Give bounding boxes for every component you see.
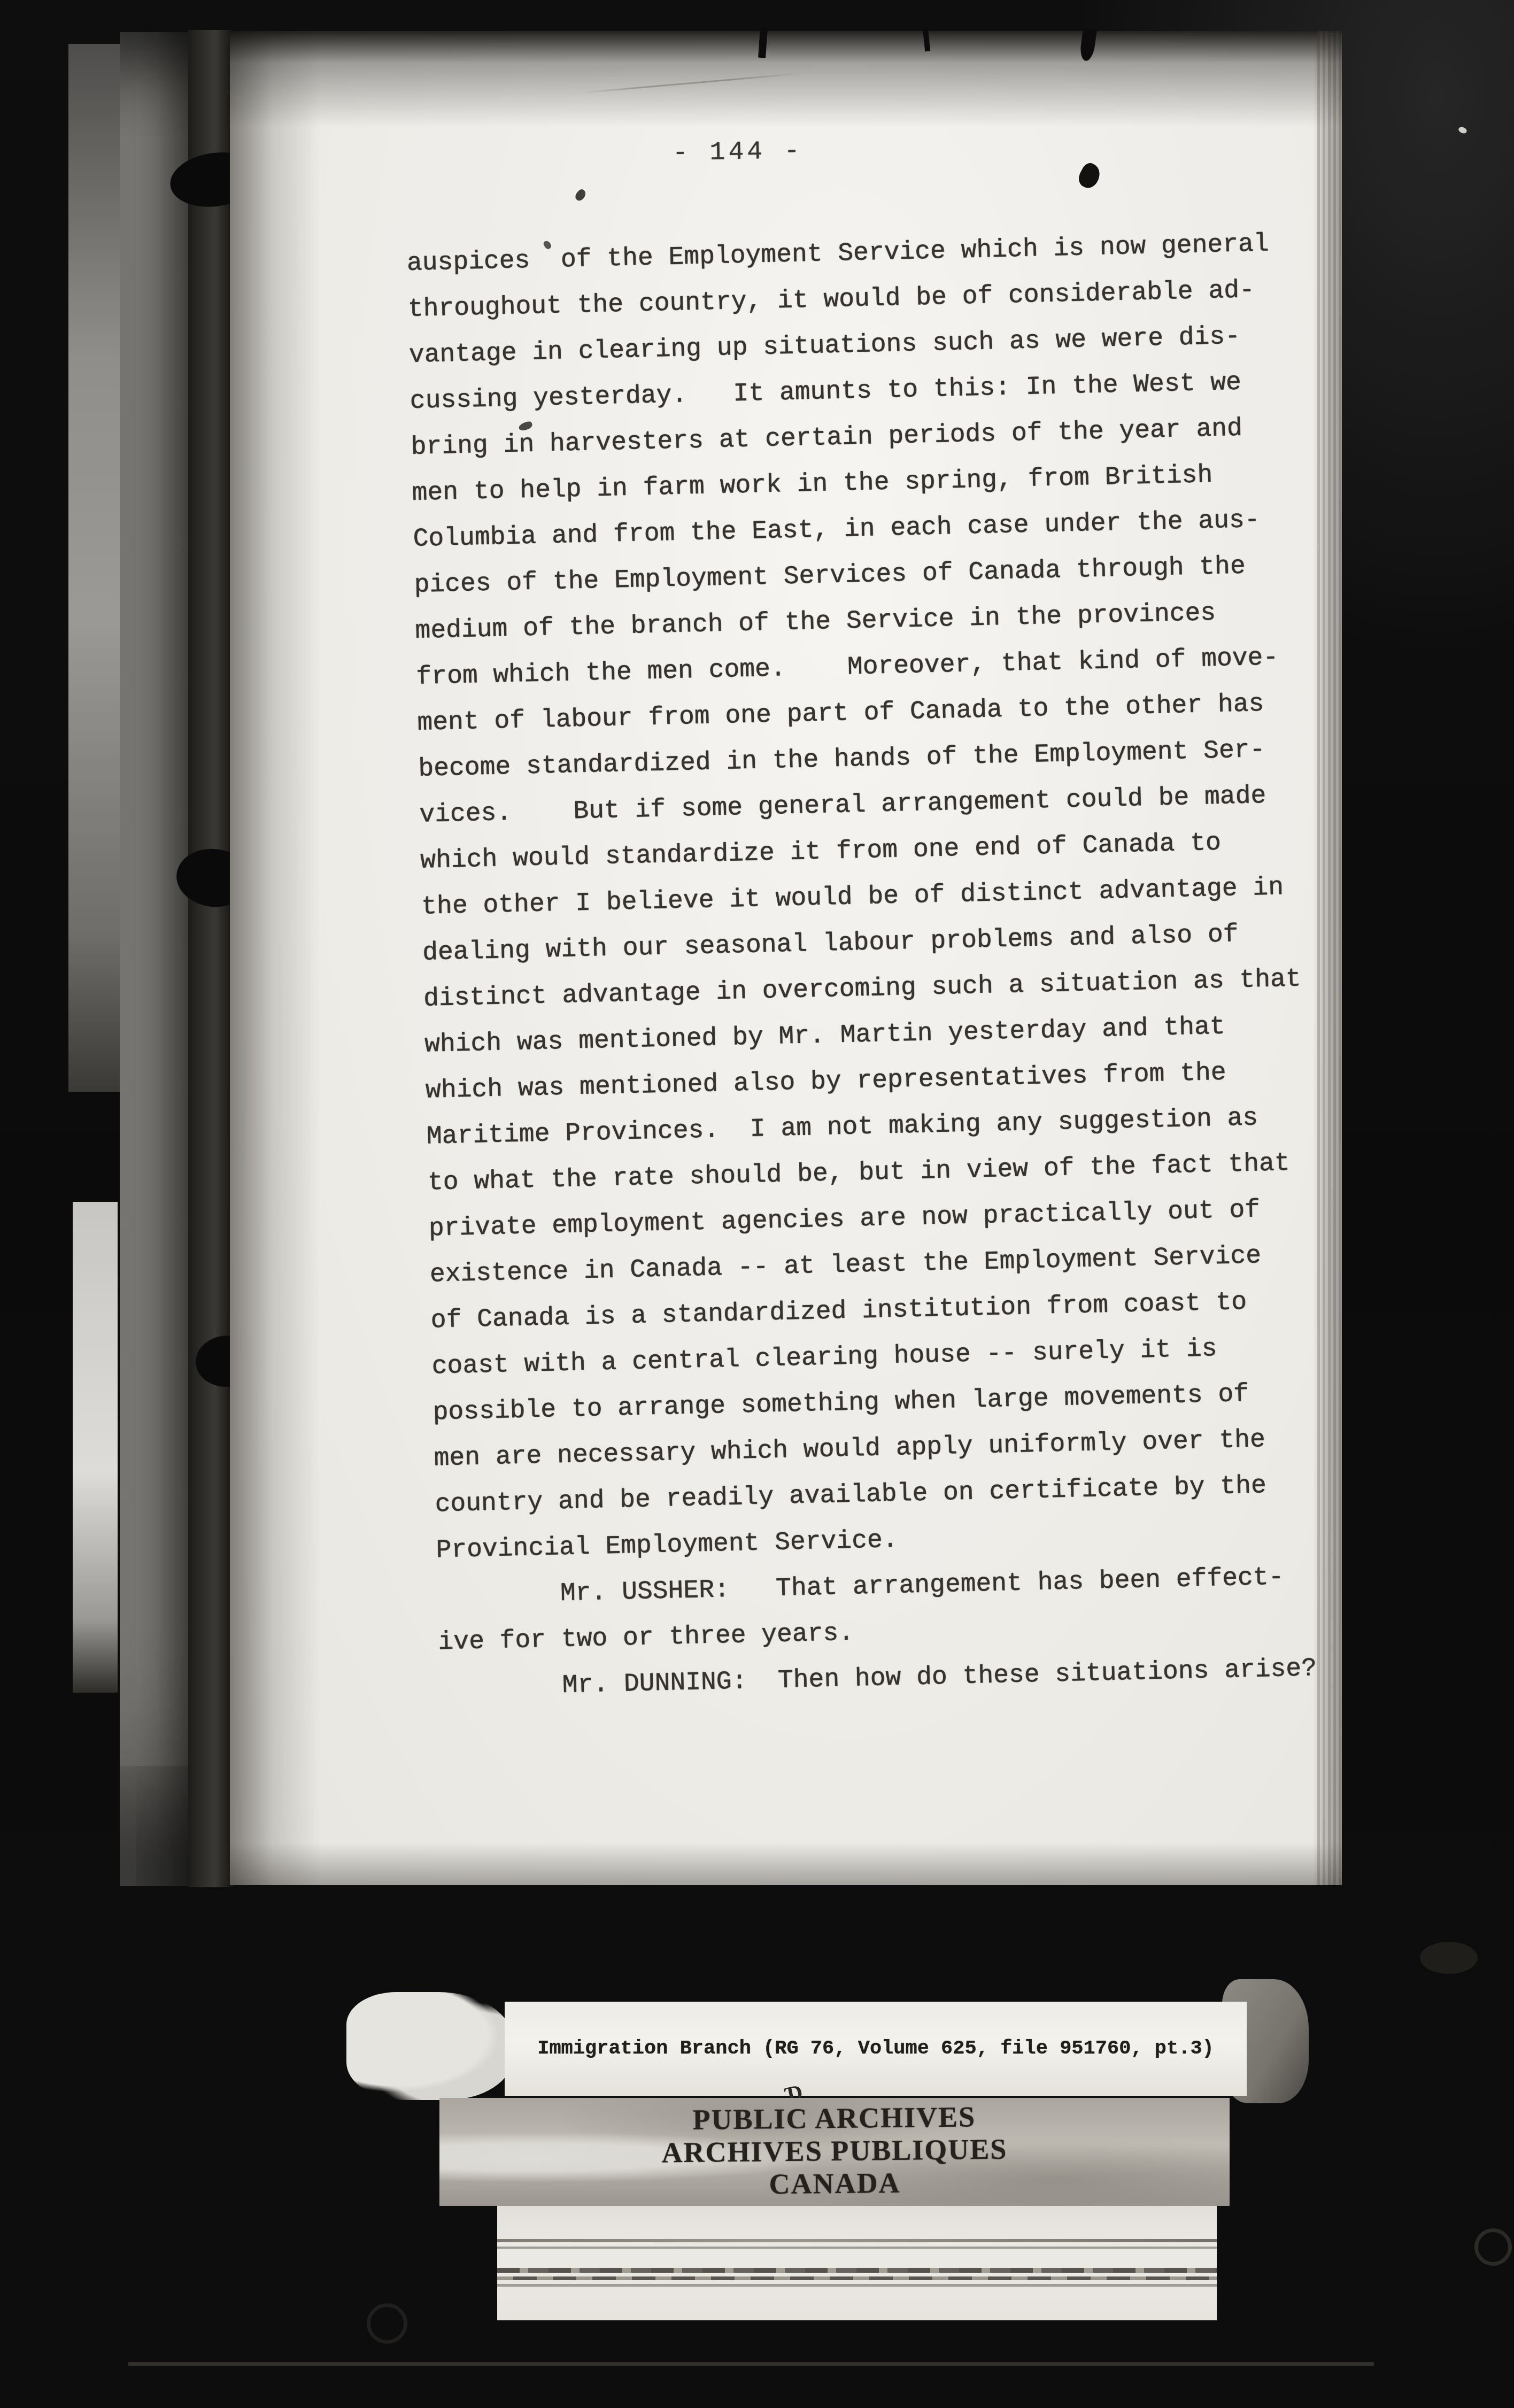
- previous-page-edge-bottom: [73, 1202, 118, 1693]
- ink-speck: [1075, 160, 1103, 191]
- film-ghost-mark: [1420, 1942, 1478, 1974]
- scan-artifact: [923, 28, 931, 52]
- scratch-mark: [579, 73, 803, 94]
- archive-reference-text: Immigration Branch (RG 76, Volume 625, f…: [537, 2037, 1214, 2060]
- film-edge-line: [497, 2239, 1217, 2242]
- film-edge-line: [497, 2284, 1217, 2287]
- film-edge-line: [497, 2276, 1217, 2280]
- film-edge-strip: [497, 2206, 1217, 2320]
- spine-shadow-band: [188, 30, 233, 1887]
- public-archives-stamp-text: PUBLIC ARCHIVES ARCHIVES PUBLIQUES CANAD…: [439, 2098, 1230, 2204]
- typewritten-text-block: auspices of the Employment Service which…: [406, 220, 1348, 1711]
- film-edge-line: [497, 2268, 1217, 2273]
- scan-artifact: [1079, 28, 1097, 61]
- film-hole-mark: [367, 2303, 407, 2344]
- film-edge-line: [497, 2247, 1217, 2249]
- scanned-page: - 144 - auspices of the Employment Servi…: [230, 31, 1342, 1885]
- ink-speck: [574, 188, 588, 202]
- archive-reference-label: Immigration Branch (RG 76, Volume 625, f…: [505, 2002, 1247, 2096]
- torn-paper-fragment-left: [346, 1992, 513, 2100]
- microfilm-scan-frame: - 144 - auspices of the Employment Servi…: [0, 0, 1514, 2408]
- scan-artifact: [758, 28, 768, 58]
- public-archives-stamp: PUBLIC ARCHIVES ARCHIVES PUBLIQUES CANAD…: [439, 2098, 1230, 2206]
- film-frame-line: [128, 2362, 1374, 2366]
- film-hole-mark: [1474, 2228, 1512, 2266]
- page-number: - 144 -: [673, 137, 804, 168]
- previous-page-edge-top: [68, 44, 120, 1092]
- dust-speck: [1458, 126, 1468, 134]
- binding-gutter: [120, 32, 188, 1886]
